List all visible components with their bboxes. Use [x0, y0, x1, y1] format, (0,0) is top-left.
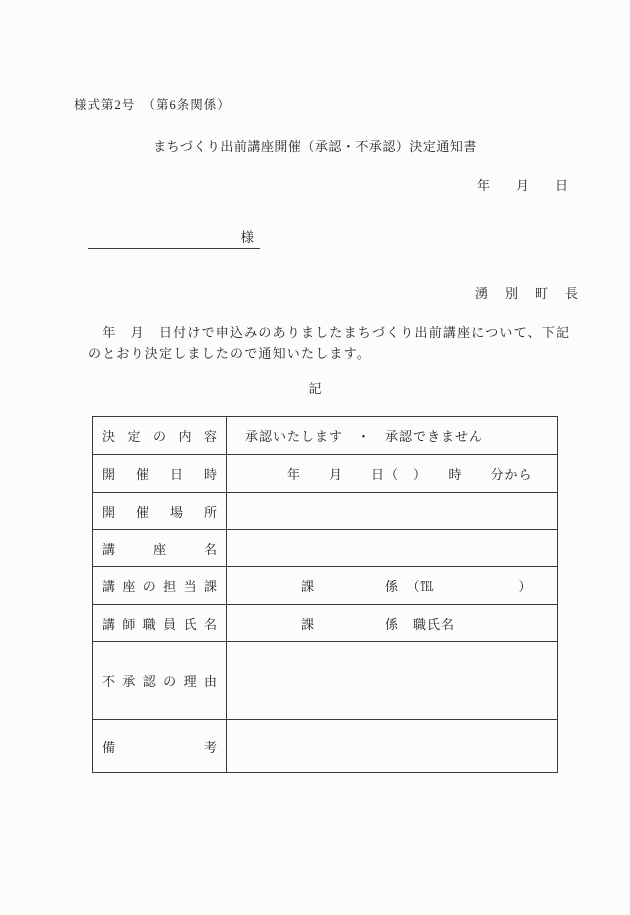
- body-paragraph: 年 月 日付けで申込みのありましたまちづくり出前講座について、下記 のとおり決定…: [88, 322, 580, 364]
- row-value: [227, 493, 558, 530]
- row-label-text: 講座名: [102, 539, 217, 558]
- table-row-datetime: 開催日時 年 月 日（ ） 時 分から: [93, 455, 558, 493]
- document-title: まちづくり出前講座開催（承認・不承認）決定通知書: [0, 136, 630, 155]
- sender-title: 湧 別 町 長: [475, 283, 580, 302]
- row-value: 承認いたします ・ 承認できません: [227, 417, 558, 455]
- date-placeholder: 年 月 日: [477, 175, 568, 194]
- row-label: 備考: [93, 720, 227, 773]
- row-label: 講師職員氏名: [93, 605, 227, 642]
- row-label: 開催日時: [93, 455, 227, 493]
- form-number-label: 様式第2号 （第6条関係）: [74, 95, 231, 113]
- row-value: [227, 720, 558, 773]
- document-page: 様式第2号 （第6条関係） まちづくり出前講座開催（承認・不承認）決定通知書 年…: [0, 0, 630, 915]
- row-label-text: 不承認の理由: [102, 671, 217, 690]
- table-row-rejection-reason: 不承認の理由: [93, 642, 558, 720]
- row-label: 開催場所: [93, 493, 227, 530]
- body-line: のとおり決定しましたので通知いたします。: [88, 343, 580, 364]
- table-row-course-name: 講座名: [93, 530, 558, 567]
- section-marker: 記: [0, 378, 630, 397]
- table-row-place: 開催場所: [93, 493, 558, 530]
- row-label-text: 講座の担当課: [102, 576, 217, 595]
- row-value: [227, 530, 558, 567]
- table-row-department: 講座の担当課 課 係 （℡ ）: [93, 567, 558, 605]
- row-value: 課 係 職氏名: [227, 605, 558, 642]
- row-value: 年 月 日（ ） 時 分から: [227, 455, 558, 493]
- row-value: [227, 642, 558, 720]
- row-value: 課 係 （℡ ）: [227, 567, 558, 605]
- table-row-decision: 決定の内容 承認いたします ・ 承認できません: [93, 417, 558, 455]
- row-label-text: 開催日時: [102, 464, 217, 483]
- row-label: 決定の内容: [93, 417, 227, 455]
- recipient-underline: 様: [88, 226, 260, 249]
- body-line: 年 月 日付けで申込みのありましたまちづくり出前講座について、下記: [88, 322, 580, 343]
- row-label: 不承認の理由: [93, 642, 227, 720]
- row-label: 講座名: [93, 530, 227, 567]
- table-row-remarks: 備考: [93, 720, 558, 773]
- table-row-lecturer: 講師職員氏名 課 係 職氏名: [93, 605, 558, 642]
- decision-table: 決定の内容 承認いたします ・ 承認できません 開催日時 年 月 日（ ） 時 …: [92, 416, 558, 773]
- row-label-text: 備考: [102, 737, 217, 756]
- row-label-text: 講師職員氏名: [102, 614, 217, 633]
- recipient-suffix: 様: [241, 230, 255, 245]
- row-label: 講座の担当課: [93, 567, 227, 605]
- row-label-text: 決定の内容: [102, 426, 217, 445]
- row-label-text: 開催場所: [102, 502, 217, 521]
